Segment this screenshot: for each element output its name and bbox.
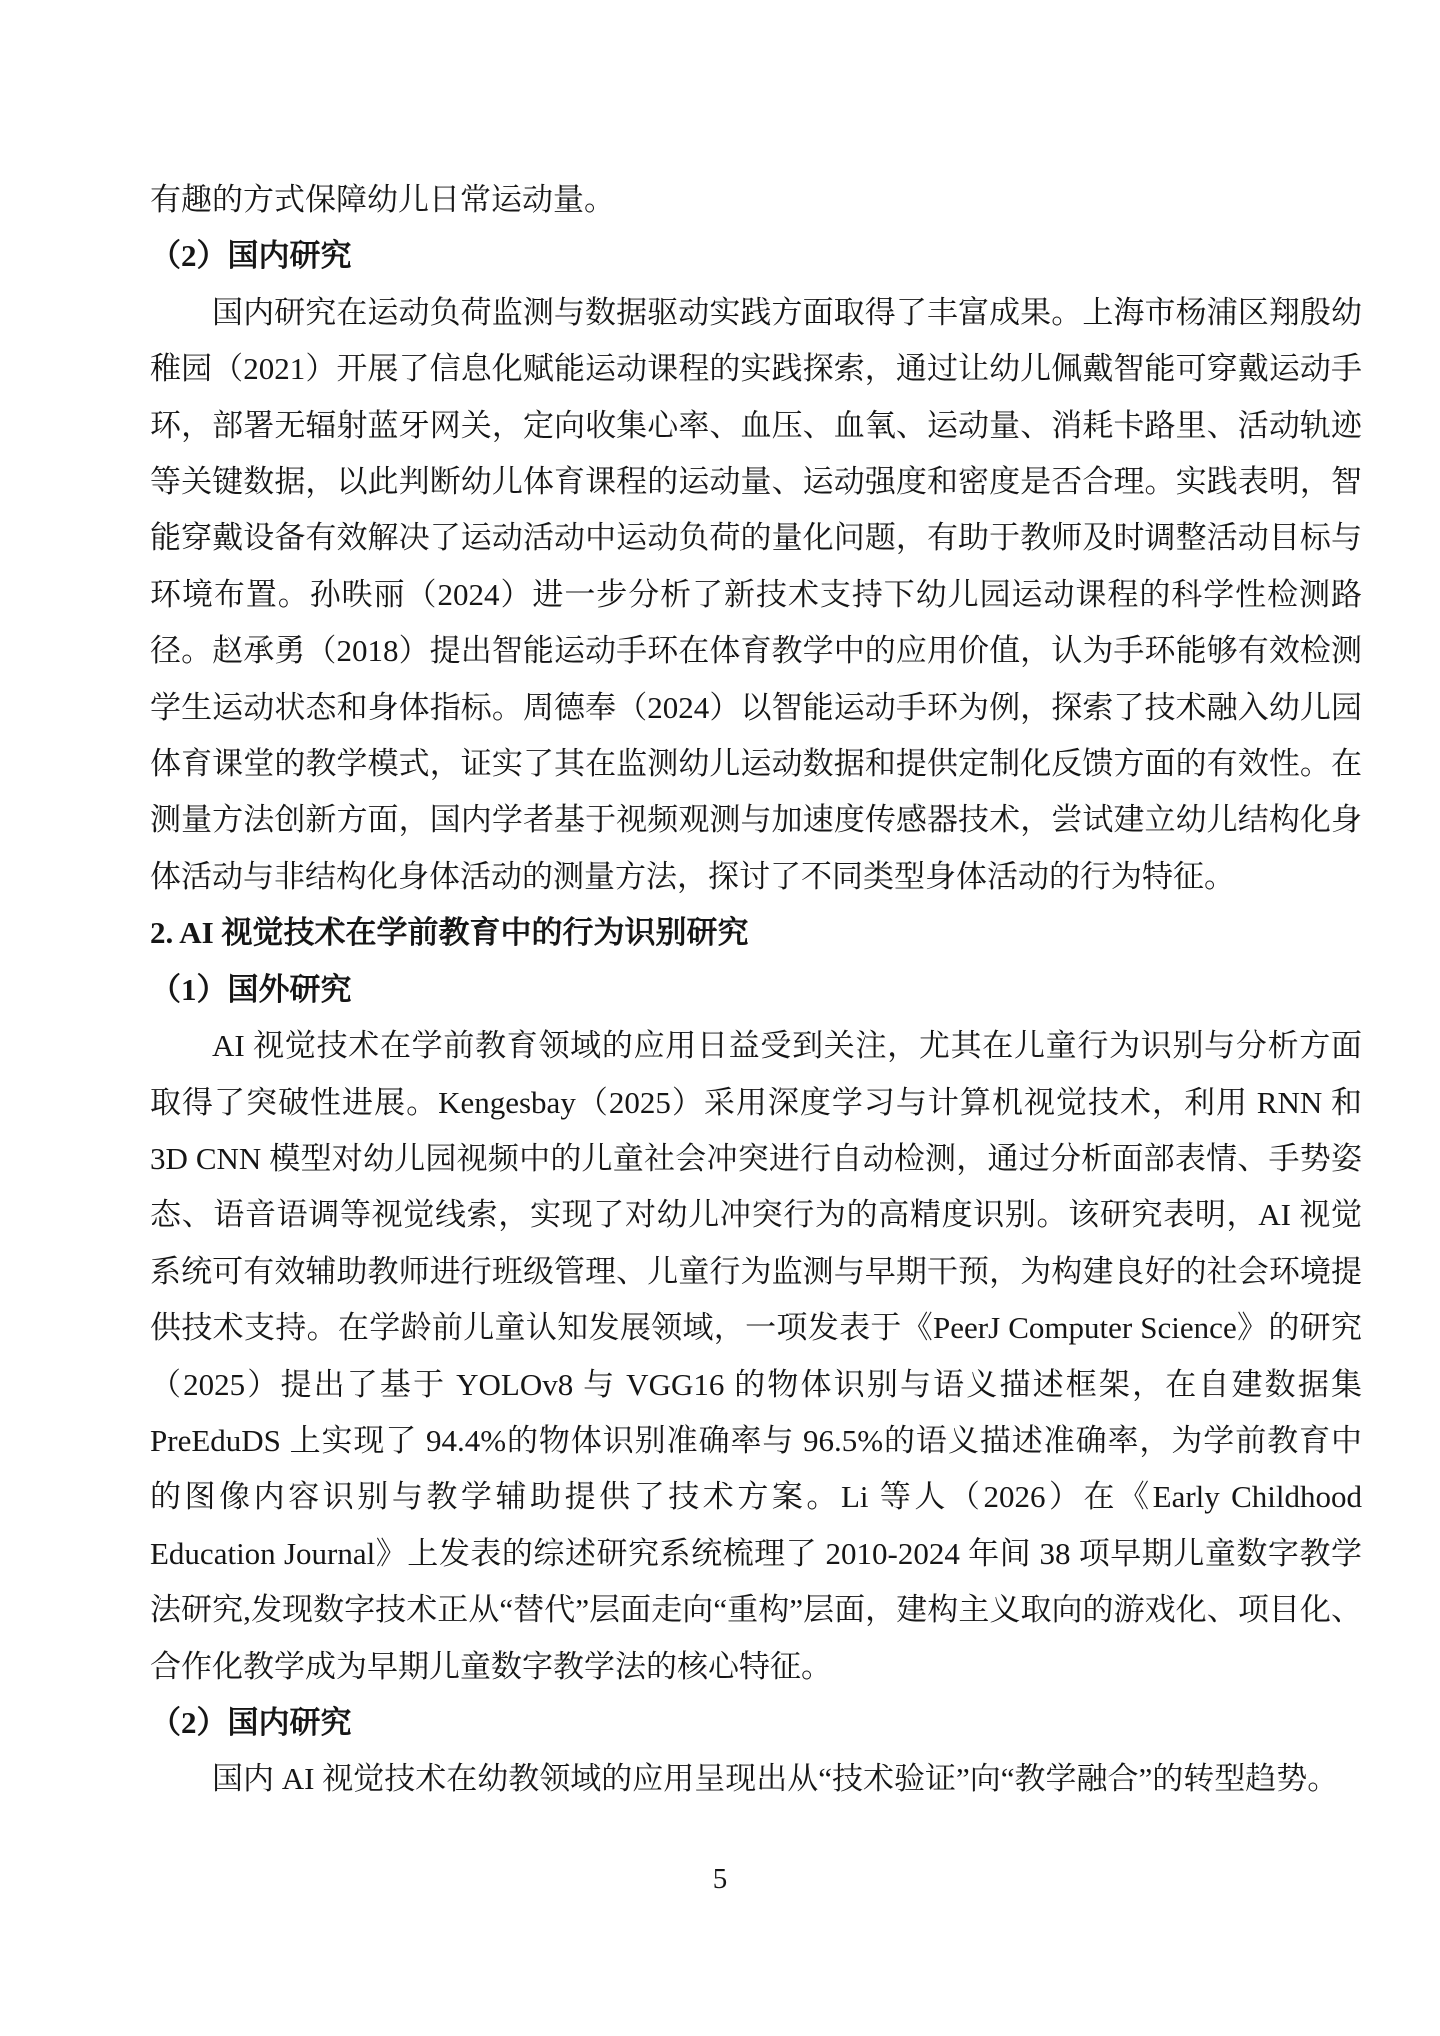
document-page: 有趣的方式保障幼儿日常运动量。 （2）国内研究 国内研究在运动负荷监测与数据驱动… <box>0 0 1440 2036</box>
heading-domestic-research-2: （2）国内研究 <box>150 1695 1362 1751</box>
paragraph-domestic-research-2: 国内 AI 视觉技术在幼教领域的应用呈现出从“技术验证”向“教学融合”的转型趋势… <box>150 1751 1362 1807</box>
page-number: 5 <box>0 1851 1440 1907</box>
paragraph-continuation: 有趣的方式保障幼儿日常运动量。 <box>150 172 1362 228</box>
page-body: 有趣的方式保障幼儿日常运动量。 （2）国内研究 国内研究在运动负荷监测与数据驱动… <box>150 172 1362 1808</box>
heading-domestic-research-1: （2）国内研究 <box>150 228 1362 284</box>
heading-foreign-research: （1）国外研究 <box>150 962 1362 1018</box>
heading-section-2-ai-vision: 2. AI 视觉技术在学前教育中的行为识别研究 <box>150 905 1362 961</box>
paragraph-domestic-research-1: 国内研究在运动负荷监测与数据驱动实践方面取得了丰富成果。上海市杨浦区翔殷幼稚园（… <box>150 285 1362 905</box>
paragraph-foreign-research: AI 视觉技术在学前教育领域的应用日益受到关注，尤其在儿童行为识别与分析方面取得… <box>150 1018 1362 1695</box>
